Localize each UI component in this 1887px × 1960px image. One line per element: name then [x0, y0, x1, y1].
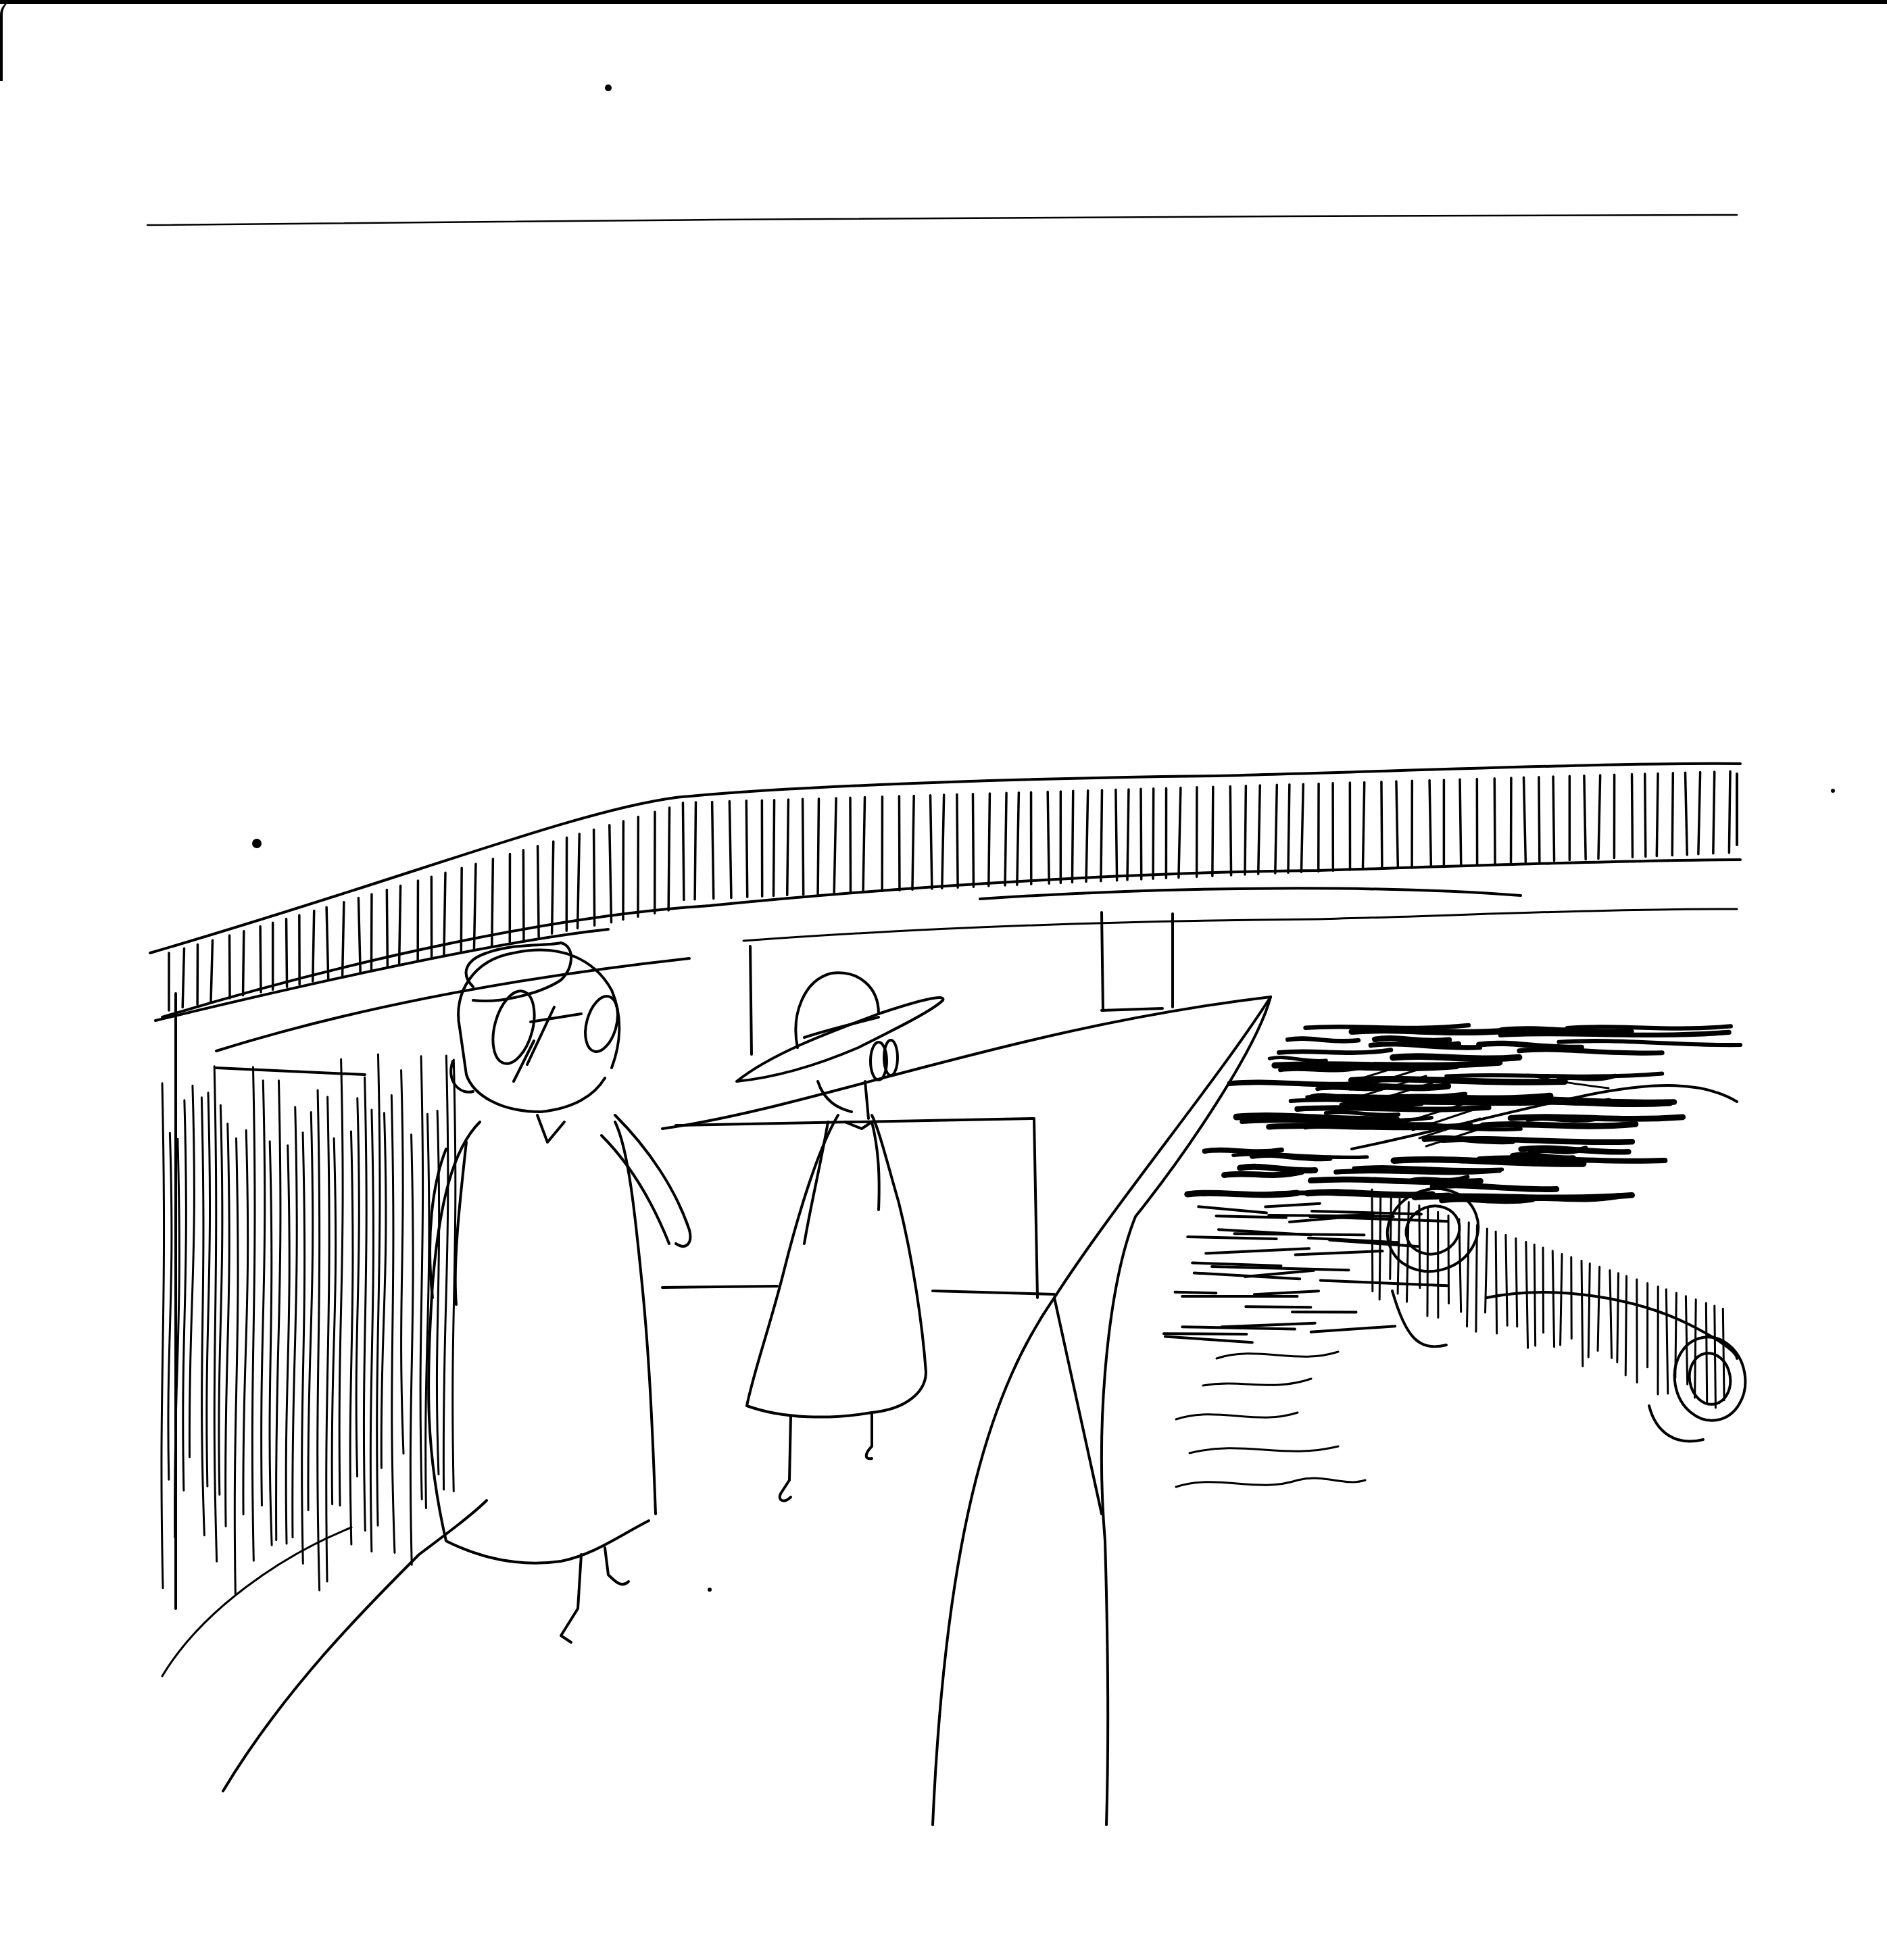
ink-sketch	[0, 0, 1887, 1960]
figure-beret	[428, 943, 690, 1642]
water-ripples	[1176, 1352, 1365, 1487]
horizon-rule	[147, 215, 1737, 225]
tall-grass	[162, 994, 456, 1609]
figure-hat	[737, 973, 943, 1500]
bridge-railings	[169, 771, 1730, 1010]
stray-ink-dots	[252, 84, 1835, 1592]
car-body-hatching	[1372, 1190, 1724, 1408]
bridge	[150, 764, 1740, 1054]
dark-water	[1164, 1025, 1740, 1342]
